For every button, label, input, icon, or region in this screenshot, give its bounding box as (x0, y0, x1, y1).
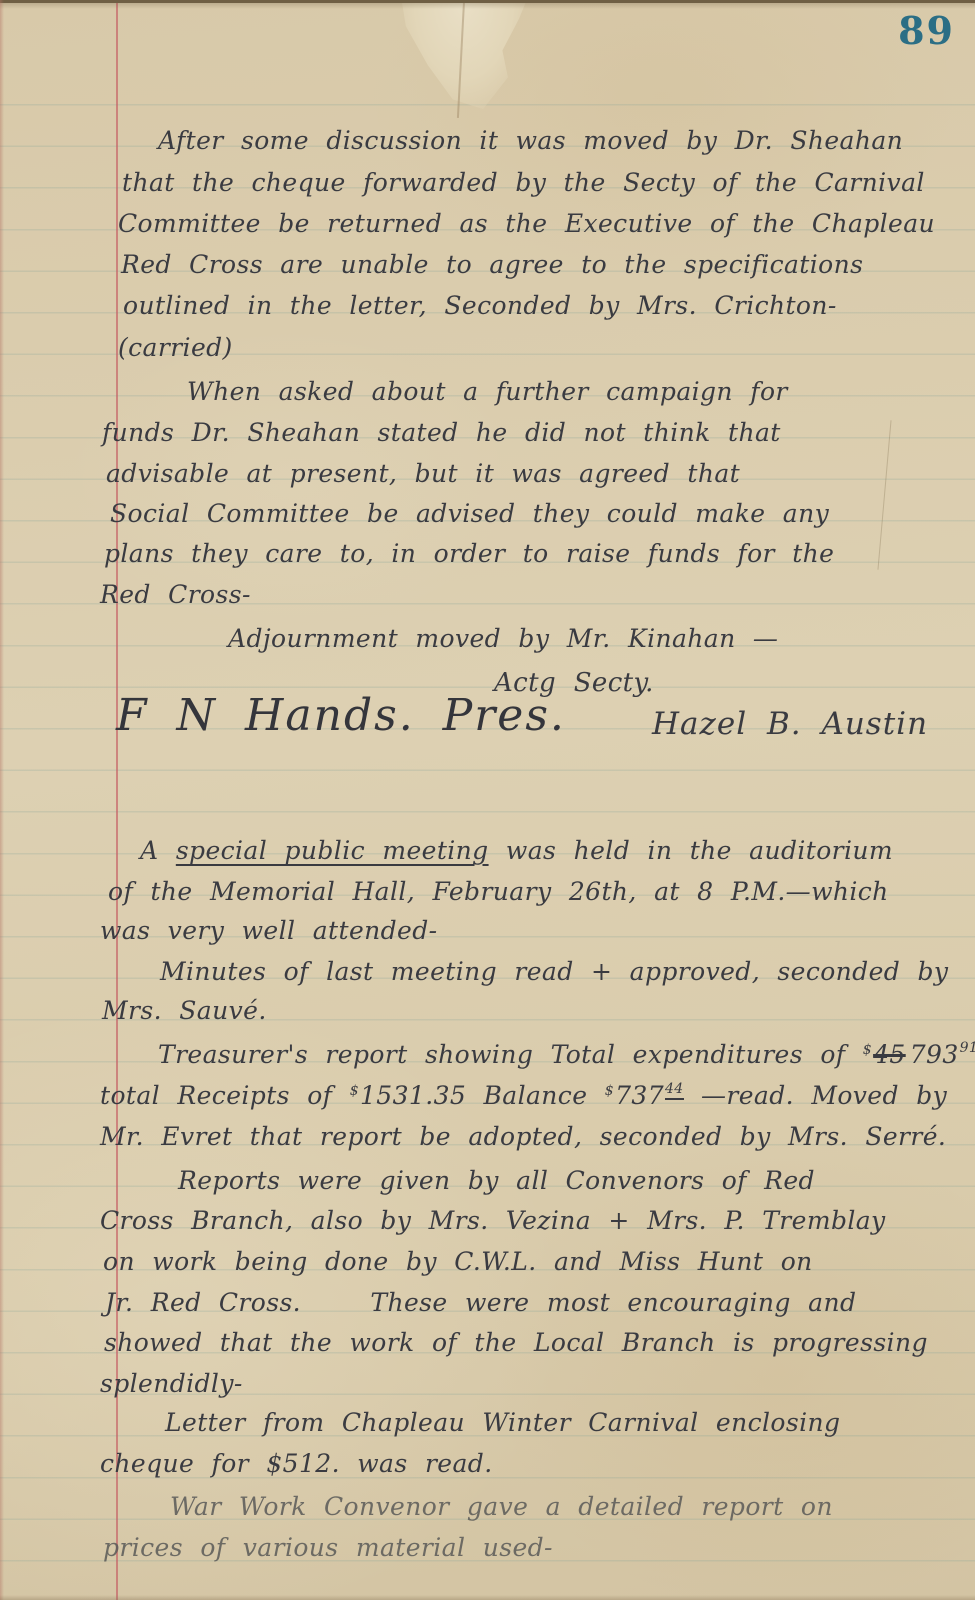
handwritten-line: outlined in the letter, Seconded by Mrs.… (123, 291, 837, 320)
handwritten-line: War Work Convenor gave a detailed report… (170, 1492, 833, 1521)
cents-superscript: 44 (665, 1081, 684, 1100)
handwritten-line: Red Cross are unable to agree to the spe… (121, 250, 863, 279)
page-left-edge (0, 0, 4, 1600)
handwritten-line: advisable at present, but it was agreed … (106, 459, 740, 488)
handwritten-line: When asked about a further campaign for (187, 377, 788, 406)
text-fragment: A (140, 836, 176, 865)
handwritten-line: A special public meeting was held in the… (140, 836, 893, 865)
president-signature: F N Hands. Pres. (116, 690, 566, 741)
handwritten-line: Social Committee be advised they could m… (110, 499, 829, 528)
ledger-page: { "page_number": "89", "doc": { "p1": [ … (0, 0, 975, 1600)
handwritten-line: Mrs. Sauvé. (102, 996, 267, 1025)
amount: 737 (615, 1081, 664, 1110)
handwritten-line: Minutes of last meeting read + approved,… (160, 957, 948, 986)
handwritten-line: on work being done by C.W.L. and Miss Hu… (103, 1247, 813, 1276)
handwritten-line: Cross Branch, also by Mrs. Vezina + Mrs.… (100, 1206, 886, 1235)
text-fragment: total Receipts of (100, 1081, 350, 1110)
handwritten-line: plans they care to, in order to raise fu… (104, 539, 834, 568)
page-top-edge (0, 0, 975, 9)
handwritten-line: Reports were given by all Convenors of R… (178, 1166, 815, 1195)
amount: 793 (910, 1040, 959, 1069)
treasurer-report-line: Treasurer's report showing Total expendi… (158, 1040, 975, 1069)
treasurer-report-line: Mr. Evret that report be adopted, second… (100, 1122, 946, 1151)
handwritten-line: showed that the work of the Local Branch… (104, 1328, 928, 1357)
handwritten-line: Committee be returned as the Executive o… (118, 209, 935, 238)
page-bottom-edge (0, 1595, 975, 1600)
struck-amount: 45 (873, 1040, 906, 1069)
text-fragment: Balance (466, 1081, 605, 1110)
handwritten-line: After some discussion it was moved by Dr… (158, 126, 903, 155)
secretary-signature: Hazel B. Austin (652, 706, 928, 742)
dollar-sign: $ (863, 1042, 872, 1058)
handwritten-line: Letter from Chapleau Winter Carnival enc… (165, 1408, 840, 1437)
handwritten-line: funds Dr. Sheahan stated he did not thin… (102, 418, 781, 447)
cents-superscript: 91 (960, 1040, 975, 1056)
dollar-sign: $ (350, 1083, 359, 1099)
handwritten-line: splendidly- (100, 1369, 243, 1398)
amount: 1531.35 (360, 1081, 466, 1110)
adjournment-line: Adjournment moved by Mr. Kinahan — (228, 624, 778, 653)
page-number: 89 (898, 8, 955, 53)
margin-line (116, 0, 118, 1600)
text-fragment: —read. Moved by (684, 1081, 948, 1110)
handwritten-line: prices of various material used- (103, 1533, 553, 1562)
handwritten-line: (carried) (118, 333, 233, 362)
underlined-phrase: special public meeting (176, 836, 489, 865)
treasurer-report-line: total Receipts of $1531.35 Balance $7374… (100, 1081, 947, 1110)
handwritten-line: that the cheque forwarded by the Secty o… (122, 168, 925, 197)
handwritten-line: Red Cross- (100, 580, 251, 609)
handwritten-line: of the Memorial Hall, February 26th, at … (108, 877, 889, 906)
text-fragment: was held in the auditorium (489, 836, 893, 865)
handwritten-line: cheque for $512. was read. (100, 1449, 493, 1478)
handwritten-line: Jr. Red Cross. These were most encouragi… (105, 1288, 856, 1317)
dollar-sign: $ (605, 1083, 614, 1099)
handwritten-line: was very well attended- (100, 916, 438, 945)
text-fragment: Treasurer's report showing Total expendi… (158, 1040, 863, 1069)
